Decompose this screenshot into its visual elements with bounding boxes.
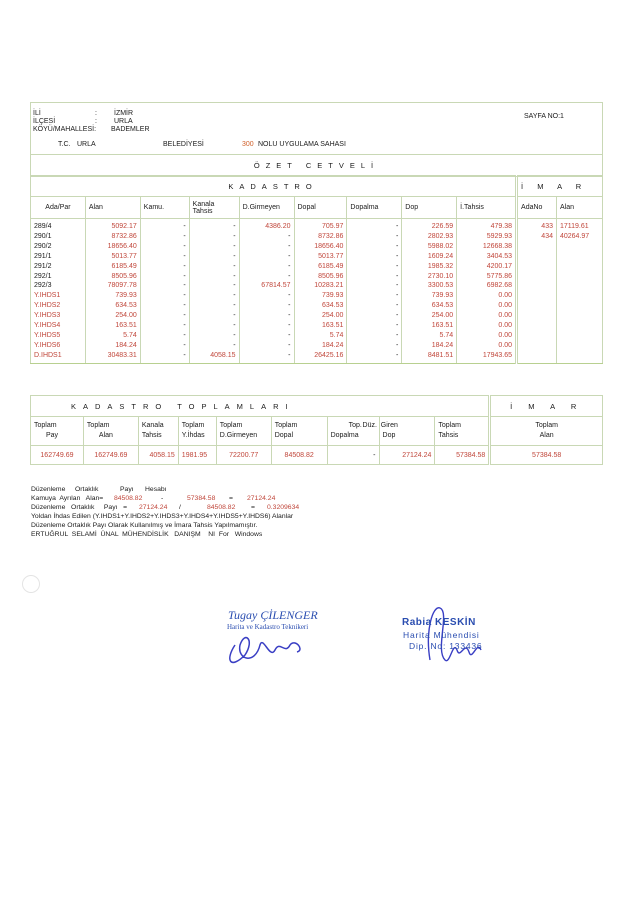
cell-dop: 163.51 <box>402 321 457 331</box>
cell-dop: 634.53 <box>402 301 457 311</box>
cell-dopal: 634.53 <box>294 301 347 311</box>
cell-alan: 184.24 <box>85 341 140 351</box>
tc-label: T.C. <box>58 141 70 148</box>
table-row: 292/378097.78--67814.5710283.21-3300.536… <box>31 281 603 291</box>
cell-kamu: - <box>140 331 189 341</box>
ozet-cetveli-title: ÖZET CETVELİ <box>30 154 603 177</box>
totals-value: 27124.24 <box>379 446 435 465</box>
column-header: Alan <box>85 197 140 219</box>
cell-itahsis: 0.00 <box>457 321 517 331</box>
totals-column-header: ToplamD.Girmeyen <box>216 417 271 446</box>
table-row: Y.IHDS2634.53---634.53-634.530.00 <box>31 301 603 311</box>
ilce-sep: : <box>95 118 97 125</box>
cell-dopal: 18656.40 <box>294 242 347 252</box>
cell-imar-alan <box>556 321 602 331</box>
cell-dgirmeyen: - <box>239 262 294 272</box>
cell-adano <box>517 291 557 301</box>
cell-kanala: - <box>189 341 239 351</box>
cell-imar-alan <box>556 281 602 291</box>
cell-dopal: 26425.16 <box>294 351 347 363</box>
cell-dopalma: - <box>347 232 402 242</box>
cell-kamu: - <box>140 262 189 272</box>
il-label: İLİ <box>33 110 41 117</box>
cell-adapar: 292/1 <box>31 272 86 282</box>
column-header: AdaNo <box>517 197 557 219</box>
cell-alan: 634.53 <box>85 301 140 311</box>
note-line-4: Yoldan İhdas Edilen (Y.IHDS1+Y.IHDS2+Y.I… <box>31 513 299 522</box>
cell-kamu: - <box>140 242 189 252</box>
cell-dop: 2802.93 <box>402 232 457 242</box>
cell-kanala: - <box>189 331 239 341</box>
totals-column-header: ToplamPay <box>31 417 84 446</box>
cell-itahsis: 4200.17 <box>457 262 517 272</box>
cell-dopal: 163.51 <box>294 321 347 331</box>
cell-dopalma: - <box>347 321 402 331</box>
cell-adapar: 290/2 <box>31 242 86 252</box>
cell-dopal: 8732.86 <box>294 232 347 242</box>
cell-dopalma: - <box>347 272 402 282</box>
totals-title: KADASTRO TOPLAMLARI <box>31 396 490 417</box>
cell-dopalma: - <box>347 301 402 311</box>
cell-imar-alan <box>556 272 602 282</box>
cell-dopalma: - <box>347 311 402 321</box>
cell-kamu: - <box>140 252 189 262</box>
cell-itahsis: 6982.68 <box>457 281 517 291</box>
cell-kamu: - <box>140 311 189 321</box>
ilce-label: İLÇESİ <box>33 118 55 125</box>
cell-adano: 433 <box>517 219 557 232</box>
cell-adapar: 290/1 <box>31 232 86 242</box>
cell-dop: 3300.53 <box>402 281 457 291</box>
cell-kamu: - <box>140 301 189 311</box>
cell-imar-alan <box>556 311 602 321</box>
table-row: 291/26185.49---6185.49-1985.324200.17 <box>31 262 603 272</box>
cell-dopalma: - <box>347 219 402 232</box>
cell-dop: 254.00 <box>402 311 457 321</box>
totals-value: 57384.58 <box>490 446 603 465</box>
cell-kamu: - <box>140 272 189 282</box>
cell-dgirmeyen: - <box>239 341 294 351</box>
cell-adapar: 292/3 <box>31 281 86 291</box>
punch-hole-mark <box>22 575 40 593</box>
note-line-6: ERTUĞRUL SELAMİ ÜNAL MÜHENDİSLİK DANIŞM … <box>31 531 299 540</box>
koy-label: KÖYÜ/MAHALLESİ: <box>33 126 96 133</box>
cell-dgirmeyen: - <box>239 252 294 262</box>
il-sep: : <box>95 110 97 117</box>
cell-dopalma: - <box>347 291 402 301</box>
cell-dop: 184.24 <box>402 341 457 351</box>
cell-adapar: 291/2 <box>31 262 86 272</box>
cell-adano <box>517 331 557 341</box>
cell-alan: 5092.17 <box>85 219 140 232</box>
signature-right: Rabia KESKİN Harita Mühendisi Dip. No: 1… <box>395 600 515 670</box>
cell-adapar: Y.IHDS2 <box>31 301 86 311</box>
totals-value: 1981.95 <box>178 446 216 465</box>
totals-column-header: ToplamY.İhdas <box>178 417 216 446</box>
column-header: Alan <box>556 197 602 219</box>
totals-column-header: ToplamTahsis <box>435 417 490 446</box>
cell-alan: 18656.40 <box>85 242 140 252</box>
cell-kamu: - <box>140 321 189 331</box>
kadastro-totals-table: KADASTRO TOPLAMLARI İ M A R ToplamPayTop… <box>30 395 603 465</box>
cell-adapar: Y.IHDS3 <box>31 311 86 321</box>
cell-alan: 6185.49 <box>85 262 140 272</box>
cell-kanala: - <box>189 321 239 331</box>
page-number: SAYFA NO:1 <box>524 113 564 120</box>
cell-dgirmeyen: - <box>239 301 294 311</box>
cell-imar-alan <box>556 252 602 262</box>
cell-kanala: - <box>189 242 239 252</box>
column-header: Kanala Tahsis <box>189 197 239 219</box>
cell-kamu: - <box>140 351 189 363</box>
cell-alan: 5013.77 <box>85 252 140 262</box>
koy-value: BADEMLER <box>111 126 150 133</box>
cell-dgirmeyen: - <box>239 242 294 252</box>
belediye-label: BELEDİYESİ <box>163 141 204 148</box>
right-signer-title: Harita Mühendisi <box>403 630 480 640</box>
cell-itahsis: 17943.65 <box>457 351 517 363</box>
note-line-1: DüzenlemeOrtaklıkPayıHesabı <box>31 486 299 495</box>
cell-imar-alan: 17119.61 <box>556 219 602 232</box>
cell-adano <box>517 281 557 291</box>
totals-value: 57384.58 <box>435 446 490 465</box>
cell-kanala: - <box>189 301 239 311</box>
table-row: 290/218656.40---18656.40-5988.0212668.38 <box>31 242 603 252</box>
cell-adano <box>517 311 557 321</box>
totals-column-header: ToplamAlan <box>83 417 138 446</box>
cell-alan: 739.93 <box>85 291 140 301</box>
totals-column-header: ToplamAlan <box>490 417 603 446</box>
totals-value: 4058.15 <box>138 446 178 465</box>
cell-alan: 8505.96 <box>85 272 140 282</box>
table-row: Y.IHDS55.74---5.74-5.740.00 <box>31 331 603 341</box>
totals-column-header: ToplamDopal <box>271 417 327 446</box>
cell-kanala: - <box>189 291 239 301</box>
cell-adano <box>517 301 557 311</box>
totals-column-header: Düz. GirenDop <box>379 417 435 446</box>
table-row: D.IHDS130483.31-4058.15-26425.16-8481.51… <box>31 351 603 363</box>
cell-itahsis: 5775.86 <box>457 272 517 282</box>
cell-alan: 8732.86 <box>85 232 140 242</box>
sahasi-no: 300 <box>242 141 254 148</box>
cell-kanala: - <box>189 311 239 321</box>
column-header: D.Girmeyen <box>239 197 294 219</box>
cell-imar-alan <box>556 291 602 301</box>
note-line-2: Kamuya Ayrılan Alan=84508.82-57384.58=27… <box>31 495 299 504</box>
imar-title: İ M A R <box>517 176 603 197</box>
cell-imar-alan <box>556 341 602 351</box>
cell-dopalma: - <box>347 242 402 252</box>
cell-kamu: - <box>140 219 189 232</box>
cell-dopal: 5013.77 <box>294 252 347 262</box>
totals-column-header: KanalaTahsis <box>138 417 178 446</box>
cell-adapar: Y.IHDS4 <box>31 321 86 331</box>
note-line-3: Düzenleme Ortaklık Payı =27124.24/84508.… <box>31 504 299 513</box>
cell-imar-alan <box>556 351 602 363</box>
cell-adano <box>517 262 557 272</box>
cell-dop: 226.59 <box>402 219 457 232</box>
column-header: Dop <box>402 197 457 219</box>
column-header: Dopalma <box>347 197 402 219</box>
ilce-value: URLA <box>114 118 133 125</box>
il-value: İZMİR <box>114 110 133 117</box>
column-header: İ.Tahsis <box>457 197 517 219</box>
cell-dopal: 8505.96 <box>294 272 347 282</box>
cell-adano <box>517 252 557 262</box>
cell-imar-alan: 40264.97 <box>556 232 602 242</box>
calculation-notes: DüzenlemeOrtaklıkPayıHesabı Kamuya Ayrıl… <box>31 486 299 539</box>
cell-dgirmeyen: 67814.57 <box>239 281 294 291</box>
cell-dgirmeyen: - <box>239 351 294 363</box>
table-row: 291/15013.77---5013.77-1609.243404.53 <box>31 252 603 262</box>
cell-kanala: - <box>189 272 239 282</box>
cell-dgirmeyen: - <box>239 321 294 331</box>
cell-imar-alan <box>556 242 602 252</box>
cell-dopalma: - <box>347 262 402 272</box>
table-row: 289/45092.17--4386.20705.97-226.59479.38… <box>31 219 603 232</box>
totals-value: 162749.69 <box>83 446 138 465</box>
cell-kamu: - <box>140 291 189 301</box>
cell-adano <box>517 272 557 282</box>
kadastro-table: KADASTRO İ M A R Ada/ParAlanKamu.Kanala … <box>30 175 603 364</box>
cell-adapar: D.IHDS1 <box>31 351 86 363</box>
cell-dopal: 10283.21 <box>294 281 347 291</box>
cell-adano <box>517 321 557 331</box>
totals-imar-title: İ M A R <box>490 396 603 417</box>
cell-dgirmeyen: - <box>239 272 294 282</box>
cell-dopal: 705.97 <box>294 219 347 232</box>
cell-alan: 30483.31 <box>85 351 140 363</box>
cell-dop: 5.74 <box>402 331 457 341</box>
cell-imar-alan <box>556 262 602 272</box>
cell-adapar: 289/4 <box>31 219 86 232</box>
totals-value: 84508.82 <box>271 446 327 465</box>
cell-dgirmeyen: - <box>239 311 294 321</box>
table-row: 292/18505.96---8505.96-2730.105775.86 <box>31 272 603 282</box>
cell-dop: 5988.02 <box>402 242 457 252</box>
column-header: Kamu. <box>140 197 189 219</box>
cell-dopal: 254.00 <box>294 311 347 321</box>
cell-itahsis: 12668.38 <box>457 242 517 252</box>
cell-dop: 2730.10 <box>402 272 457 282</box>
note-line-5: Düzenleme Ortaklık Payı Olarak Kullanılm… <box>31 522 299 531</box>
table-row: Y.IHDS6184.24---184.24-184.240.00 <box>31 341 603 351</box>
cell-dopalma: - <box>347 281 402 291</box>
cell-kamu: - <box>140 281 189 291</box>
cell-dgirmeyen: - <box>239 331 294 341</box>
cell-dop: 1609.24 <box>402 252 457 262</box>
cell-itahsis: 0.00 <box>457 331 517 341</box>
cell-imar-alan <box>556 331 602 341</box>
cell-dop: 1985.32 <box>402 262 457 272</box>
cell-alan: 78097.78 <box>85 281 140 291</box>
cell-itahsis: 479.38 <box>457 219 517 232</box>
left-signer-title: Harita ve Kadastro Teknikeri <box>227 623 308 631</box>
cell-adapar: 291/1 <box>31 252 86 262</box>
cell-itahsis: 3404.53 <box>457 252 517 262</box>
cell-dopalma: - <box>347 341 402 351</box>
cell-dopal: 739.93 <box>294 291 347 301</box>
cell-alan: 163.51 <box>85 321 140 331</box>
cell-dopalma: - <box>347 252 402 262</box>
cell-itahsis: 0.00 <box>457 301 517 311</box>
cell-kanala: - <box>189 252 239 262</box>
cell-adano <box>517 341 557 351</box>
cell-alan: 5.74 <box>85 331 140 341</box>
cell-itahsis: 0.00 <box>457 291 517 301</box>
cell-dopal: 6185.49 <box>294 262 347 272</box>
cell-itahsis: 5929.93 <box>457 232 517 242</box>
cell-dopal: 5.74 <box>294 331 347 341</box>
cell-adano <box>517 351 557 363</box>
cell-kanala: - <box>189 219 239 232</box>
cell-dopal: 184.24 <box>294 341 347 351</box>
right-signer-name: Rabia KESKİN <box>402 617 476 628</box>
cell-itahsis: 0.00 <box>457 311 517 321</box>
cell-dgirmeyen: - <box>239 291 294 301</box>
left-signer-name: Tugay ÇİLENGER <box>228 608 318 623</box>
cell-dgirmeyen: 4386.20 <box>239 219 294 232</box>
cell-kanala: - <box>189 262 239 272</box>
signature-left: Tugay ÇİLENGER Harita ve Kadastro Teknik… <box>215 600 325 670</box>
cell-kanala: - <box>189 281 239 291</box>
cell-imar-alan <box>556 301 602 311</box>
cell-kanala: - <box>189 232 239 242</box>
table-row: Y.IHDS3254.00---254.00-254.000.00 <box>31 311 603 321</box>
cell-dgirmeyen: - <box>239 232 294 242</box>
cell-adano: 434 <box>517 232 557 242</box>
cell-kamu: - <box>140 232 189 242</box>
cell-kamu: - <box>140 341 189 351</box>
cell-dop: 8481.51 <box>402 351 457 363</box>
cell-dop: 739.93 <box>402 291 457 301</box>
cell-adapar: Y.IHDS1 <box>31 291 86 301</box>
table-row: Y.IHDS4163.51---163.51-163.510.00 <box>31 321 603 331</box>
tc-value: URLA <box>77 141 96 148</box>
right-signer-dip: Dip. No: 133436 <box>409 641 482 651</box>
cell-dopalma: - <box>347 331 402 341</box>
cell-kanala: 4058.15 <box>189 351 239 363</box>
cell-adapar: Y.IHDS6 <box>31 341 86 351</box>
cell-adano <box>517 242 557 252</box>
column-header: Dopal <box>294 197 347 219</box>
totals-value: 72200.77 <box>216 446 271 465</box>
cell-adapar: Y.IHDS5 <box>31 331 86 341</box>
kadastro-title: KADASTRO <box>31 176 517 197</box>
table-row: 290/18732.86---8732.86-2802.935929.93434… <box>31 232 603 242</box>
column-header: Ada/Par <box>31 197 86 219</box>
cell-itahsis: 0.00 <box>457 341 517 351</box>
sahasi-label: NOLU UYGULAMA SAHASI <box>258 141 346 148</box>
table-row: Y.IHDS1739.93---739.93-739.930.00 <box>31 291 603 301</box>
cell-alan: 254.00 <box>85 311 140 321</box>
cell-dopalma: - <box>347 351 402 363</box>
totals-value: - <box>327 446 379 465</box>
totals-value: 162749.69 <box>31 446 84 465</box>
